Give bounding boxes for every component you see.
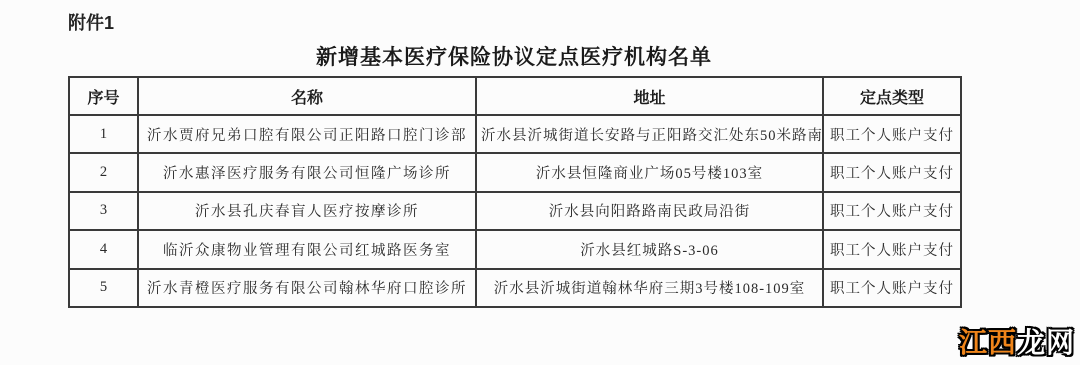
address-cell: 沂水县恒隆商业广场05号楼103室	[476, 153, 823, 191]
table-header: 序号 名称 地址 定点类型	[69, 77, 961, 115]
institution-name-cell: 沂水惠泽医疗服务有限公司恒隆广场诊所	[138, 153, 476, 191]
page-title: 新增基本医疗保险协议定点医疗机构名单	[68, 41, 960, 71]
watermark-part-white: 龙网	[1017, 327, 1075, 358]
row-index-cell: 4	[69, 230, 138, 268]
row-index-cell: 3	[69, 192, 138, 230]
row-index-cell: 5	[69, 269, 138, 307]
institution-name-cell: 沂水县孔庆春盲人医疗按摩诊所	[138, 192, 476, 230]
address-cell: 沂水县向阳路路南民政局沿街	[476, 192, 823, 230]
type-cell: 职工个人账户支付	[823, 115, 961, 153]
site-watermark: 江西龙网	[959, 321, 1075, 361]
type-cell: 职工个人账户支付	[823, 269, 961, 307]
header-type: 定点类型	[823, 77, 961, 115]
address-cell: 沂水县沂城街道翰林华府三期3号楼108-109室	[476, 269, 823, 307]
table-row: 2 沂水惠泽医疗服务有限公司恒隆广场诊所 沂水县恒隆商业广场05号楼103室 职…	[69, 153, 961, 191]
type-cell: 职工个人账户支付	[823, 153, 961, 191]
type-cell: 职工个人账户支付	[823, 230, 961, 268]
institution-name-cell: 沂水青橙医疗服务有限公司翰林华府口腔诊所	[138, 269, 476, 307]
address-cell: 沂水县红城路S-3-06	[476, 230, 823, 268]
header-name: 名称	[138, 77, 476, 115]
header-index: 序号	[69, 77, 138, 115]
row-index-cell: 2	[69, 153, 138, 191]
table-row: 4 临沂众康物业管理有限公司红城路医务室 沂水县红城路S-3-06 职工个人账户…	[69, 230, 961, 268]
table-row: 5 沂水青橙医疗服务有限公司翰林华府口腔诊所 沂水县沂城街道翰林华府三期3号楼1…	[69, 269, 961, 307]
institution-name-cell: 沂水贾府兄弟口腔有限公司正阳路口腔门诊部	[138, 115, 476, 153]
table-body: 1 沂水贾府兄弟口腔有限公司正阳路口腔门诊部 沂水县沂城街道长安路与正阳路交汇处…	[69, 115, 961, 307]
table-row: 3 沂水县孔庆春盲人医疗按摩诊所 沂水县向阳路路南民政局沿街 职工个人账户支付	[69, 192, 961, 230]
watermark-part-orange: 江西	[959, 327, 1017, 358]
address-cell: 沂水县沂城街道长安路与正阳路交汇处东50米路南	[476, 115, 823, 153]
institution-name-cell: 临沂众康物业管理有限公司红城路医务室	[138, 230, 476, 268]
medical-institutions-table: 序号 名称 地址 定点类型 1 沂水贾府兄弟口腔有限公司正阳路口腔门诊部 沂水县…	[68, 76, 962, 308]
document-page: 附件1 新增基本医疗保险协议定点医疗机构名单 序号 名称 地址 定点类型 1 沂…	[0, 0, 1080, 365]
type-cell: 职工个人账户支付	[823, 192, 961, 230]
attachment-label: 附件1	[68, 9, 114, 35]
table-row: 1 沂水贾府兄弟口腔有限公司正阳路口腔门诊部 沂水县沂城街道长安路与正阳路交汇处…	[69, 115, 961, 153]
table-header-row: 序号 名称 地址 定点类型	[69, 77, 961, 115]
row-index-cell: 1	[69, 115, 138, 153]
header-address: 地址	[476, 77, 823, 115]
